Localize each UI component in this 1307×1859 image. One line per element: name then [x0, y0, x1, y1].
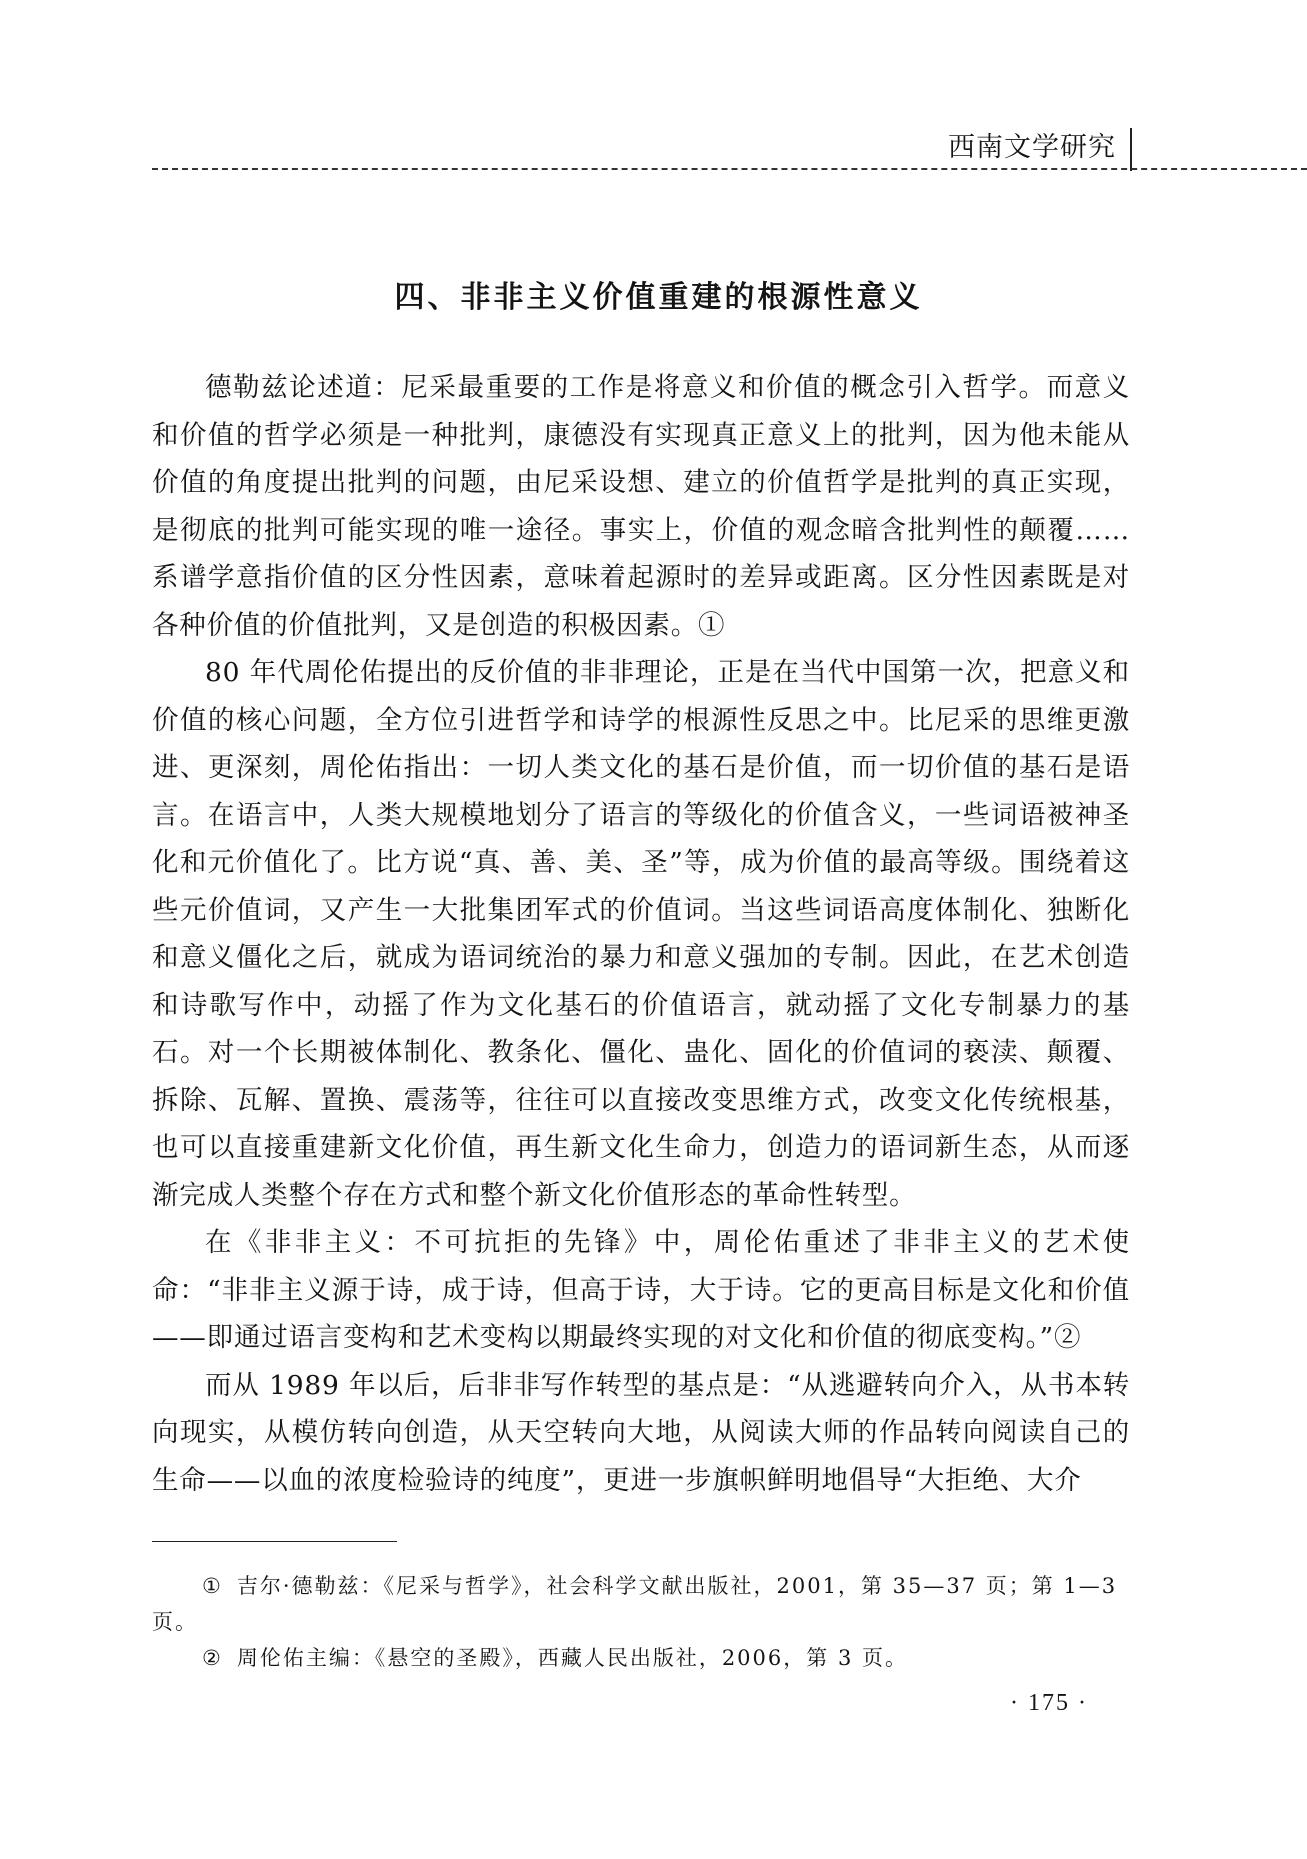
footnote-separator	[152, 1541, 397, 1542]
header-vertical-rule	[1130, 128, 1132, 171]
footnote-text: 吉尔·德勒兹：《尼采与哲学》，社会科学文献出版社，2001，第 35—37 页；…	[152, 1574, 1117, 1634]
footnote-1: ①吉尔·德勒兹：《尼采与哲学》，社会科学文献出版社，2001，第 35—37 页…	[152, 1568, 1130, 1640]
running-header-journal-title: 西南文学研究	[948, 128, 1116, 168]
paragraph: 在《非非主义：不可抗拒的先锋》中，周伦佑重述了非非主义的艺术使命：“非非主义源于…	[152, 1219, 1130, 1362]
body-text: 德勒兹论述道：尼采最重要的工作是将意义和价值的概念引入哲学。而意义和价值的哲学必…	[152, 364, 1130, 1504]
page-number: · 175 ·	[1010, 1690, 1088, 1717]
footnote-mark: ②	[202, 1646, 223, 1670]
paragraph: 而从 1989 年以后，后非非写作转型的基点是：“从逃避转向介入，从书本转向现实…	[152, 1362, 1130, 1505]
footnotes: ①吉尔·德勒兹：《尼采与哲学》，社会科学文献出版社，2001，第 35—37 页…	[152, 1568, 1130, 1676]
header-dashed-rule	[152, 168, 1307, 170]
footnote-text: 周伦佑主编：《悬空的圣殿》，西藏人民出版社，2006，第 3 页。	[237, 1646, 908, 1670]
section-title: 四、非非主义价值重建的根源性意义	[0, 272, 1307, 316]
footnote-mark: ①	[202, 1574, 223, 1598]
paragraph: 德勒兹论述道：尼采最重要的工作是将意义和价值的概念引入哲学。而意义和价值的哲学必…	[152, 364, 1130, 649]
paragraph: 80 年代周伦佑提出的反价值的非非理论，正是在当代中国第一次，把意义和价值的核心…	[152, 649, 1130, 1219]
footnote-2: ②周伦佑主编：《悬空的圣殿》，西藏人民出版社，2006，第 3 页。	[152, 1640, 1130, 1676]
